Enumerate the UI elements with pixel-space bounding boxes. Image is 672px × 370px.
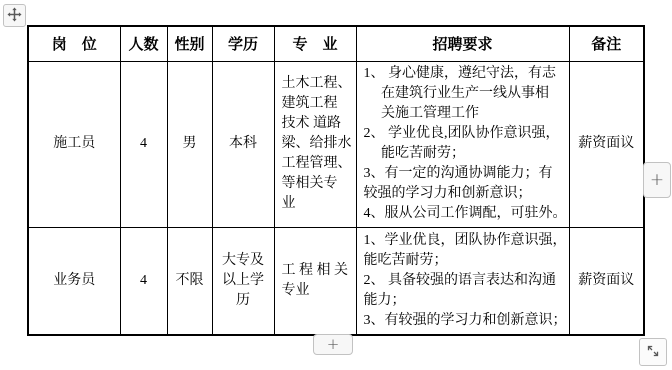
table-resize-handle[interactable]	[639, 338, 667, 366]
cell-major[interactable]: 土木工程、 建筑工程 技术 道路 梁、给排水 工程管理、 等相关专 业	[274, 61, 356, 227]
table-row: 业务员 4 不限 大专及 以上学 历 工 程 相 关 专业 1、学业优良，团队协…	[28, 227, 644, 335]
table-row: 施工员 4 男 本科 土木工程、 建筑工程 技术 道路 梁、给排水 工程管理、 …	[28, 61, 644, 227]
cell-count[interactable]: 4	[120, 227, 167, 335]
cell-education[interactable]: 本科	[212, 61, 274, 227]
cell-note[interactable]: 薪资面议	[569, 227, 644, 335]
cell-position[interactable]: 施工员	[28, 61, 120, 227]
add-column-button[interactable]: +	[643, 162, 671, 198]
cell-requirements[interactable]: 1、学业优良，团队协作意识强， 能吃苦耐劳； 2、 具备较强的语言表达和沟通 能…	[356, 227, 569, 335]
cell-gender[interactable]: 男	[167, 61, 212, 227]
plus-icon: +	[650, 172, 664, 189]
cell-position[interactable]: 业务员	[28, 227, 120, 335]
col-header-requirements[interactable]: 招聘要求	[356, 26, 569, 61]
col-header-position[interactable]: 岗 位	[28, 26, 120, 61]
col-header-education[interactable]: 学历	[212, 26, 274, 61]
col-header-gender[interactable]: 性别	[167, 26, 212, 61]
cell-count[interactable]: 4	[120, 61, 167, 227]
cell-major[interactable]: 工 程 相 关 专业	[274, 227, 356, 335]
plus-icon: +	[327, 337, 340, 352]
cell-requirements[interactable]: 1、 身心健康，遵纪守法，有志 在建筑行业生产一线从事相 关施工管理工作 2、 …	[356, 61, 569, 227]
resize-icon	[646, 344, 660, 361]
move-icon	[7, 7, 22, 25]
col-header-note[interactable]: 备注	[569, 26, 644, 61]
header-row: 岗 位 人数 性别 学历 专 业 招聘要求 备注	[28, 26, 644, 61]
cell-note[interactable]: 薪资面议	[569, 61, 644, 227]
cell-gender[interactable]: 不限	[167, 227, 212, 335]
col-header-count[interactable]: 人数	[120, 26, 167, 61]
col-header-major[interactable]: 专 业	[274, 26, 356, 61]
add-row-button[interactable]: +	[313, 334, 353, 355]
table-move-handle[interactable]	[3, 4, 26, 27]
recruitment-table: 岗 位 人数 性别 学历 专 业 招聘要求 备注 施工员 4 男 本科 土木工程…	[27, 25, 645, 336]
cell-education[interactable]: 大专及 以上学 历	[212, 227, 274, 335]
document-page: 岗 位 人数 性别 学历 专 业 招聘要求 备注 施工员 4 男 本科 土木工程…	[0, 0, 672, 370]
